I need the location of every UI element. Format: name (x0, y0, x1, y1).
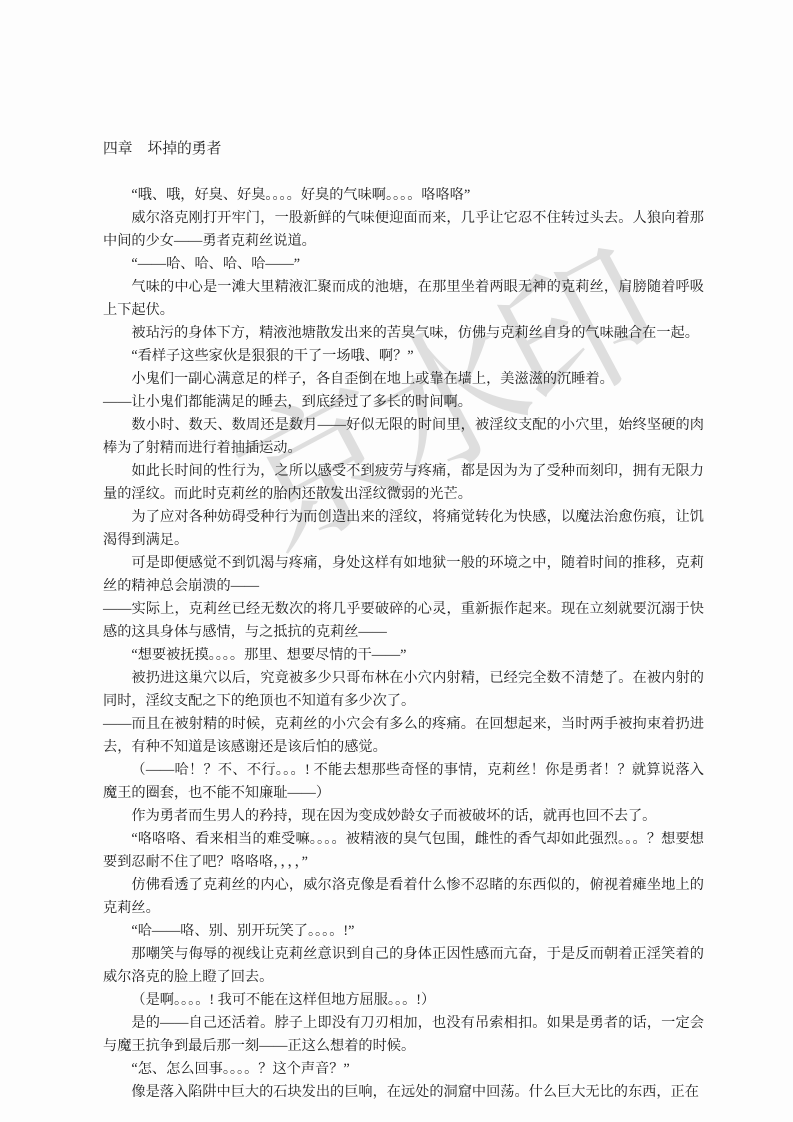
paragraph: 是的——自己还活着。脖子上即没有刀刃相加，也没有吊索相扣。如果是勇者的话，一定会… (103, 1012, 704, 1058)
paragraph: “哈——咯、别、别开玩笑了。。。。!” (103, 920, 704, 943)
document-page: 京水印 四章 坏掉的勇者 “哦、哦，好臭、好臭。。。。好臭的气味啊。。。。咯咯咯… (0, 0, 793, 1122)
paragraph: “咯咯咯、看来相当的难受嘛。。。。被精液的臭气包围，雌性的香气却如此强烈。。。？… (103, 828, 704, 874)
paragraph: ——实际上，克莉丝已经无数次的将几乎要破碎的心灵，重新振作起来。现在立刻就要沉溺… (103, 598, 704, 644)
paragraph: 为了应对各种妨碍受种行为而创造出来的淫纹，将痛觉转化为快感，以魔法治愈伤痕，让饥… (103, 506, 704, 552)
paragraph: 数小时、数天、数周还是数月——好似无限的时间里，被淫纹支配的小穴里，始终坚硬的肉… (103, 414, 704, 460)
paragraph: ——让小鬼们都能满足的睡去，到底经过了多长的时间啊。 (103, 391, 704, 414)
paragraph: 那嘲笑与侮辱的视线让克莉丝意识到自己的身体正因性感而亢奋，于是反而朝着正淫笑着的… (103, 943, 704, 989)
paragraph: “看样子这些家伙是狠狠的干了一场哦、啊？” (103, 345, 704, 368)
paragraph: （是啊。。。。! 我可不能在这样但地方屈服。。。!） (103, 989, 704, 1012)
paragraph: “——哈、哈、哈、哈——” (103, 253, 704, 276)
chapter-title: 四章 坏掉的勇者 (103, 138, 704, 161)
paragraph: “怎、怎么回事。。。。？这个声音？” (103, 1058, 704, 1081)
paragraph: （——哈！？不、不行。。。! 不能去想那些奇怪的事情，克莉丝！你是勇者！？就算说… (103, 759, 704, 805)
paragraph: “想要被抚摸。。。。那里、想要尽情的干——” (103, 644, 704, 667)
page-content: 四章 坏掉的勇者 “哦、哦，好臭、好臭。。。。好臭的气味啊。。。。咯咯咯” 威尔… (103, 138, 704, 1104)
paragraph: 被玷污的身体下方，精液池塘散发出来的苦臭气味，仿佛与克莉丝自身的气味融合在一起。 (103, 322, 704, 345)
paragraph: 小鬼们一副心满意足的样子，各自歪倒在地上或靠在墙上，美滋滋的沉睡着。 (103, 368, 704, 391)
paragraph: 威尔洛克刚打开牢门，一股新鲜的气味便迎面而来，几乎让它忍不住转过头去。人狼向着那… (103, 207, 704, 253)
paragraph: 被扔进这巢穴以后，究竟被多少只哥布林在小穴内射精，已经完全数不清楚了。在被内射的… (103, 667, 704, 713)
paragraph: 可是即便感觉不到饥渴与疼痛，身处这样有如地狱一般的环境之中，随着时间的推移，克莉… (103, 552, 704, 598)
paragraph: 像是落入陷阱中巨大的石块发出的巨响，在远处的洞窟中回荡。什么巨大无比的东西，正在 (103, 1081, 704, 1104)
paragraph: ——而且在被射精的时候，克莉丝的小穴会有多么的疼痛。在回想起来，当时两手被拘束着… (103, 713, 704, 759)
paragraph: 气味的中心是一滩大里精液汇聚而成的池塘，在那里坐着两眼无神的克莉丝，肩膀随着呼吸… (103, 276, 704, 322)
paragraph: “哦、哦，好臭、好臭。。。。好臭的气味啊。。。。咯咯咯” (103, 184, 704, 207)
paragraph: 作为勇者而生男人的矜持，现在因为变成妙龄女子而被破坏的话，就再也回不去了。 (103, 805, 704, 828)
paragraph: 仿佛看透了克莉丝的内心，威尔洛克像是看着什么惨不忍睹的东西似的，俯视着瘫坐地上的… (103, 874, 704, 920)
paragraph: 如此长时间的性行为，之所以感受不到疲劳与疼痛，都是因为为了受种而刻印，拥有无限力… (103, 460, 704, 506)
